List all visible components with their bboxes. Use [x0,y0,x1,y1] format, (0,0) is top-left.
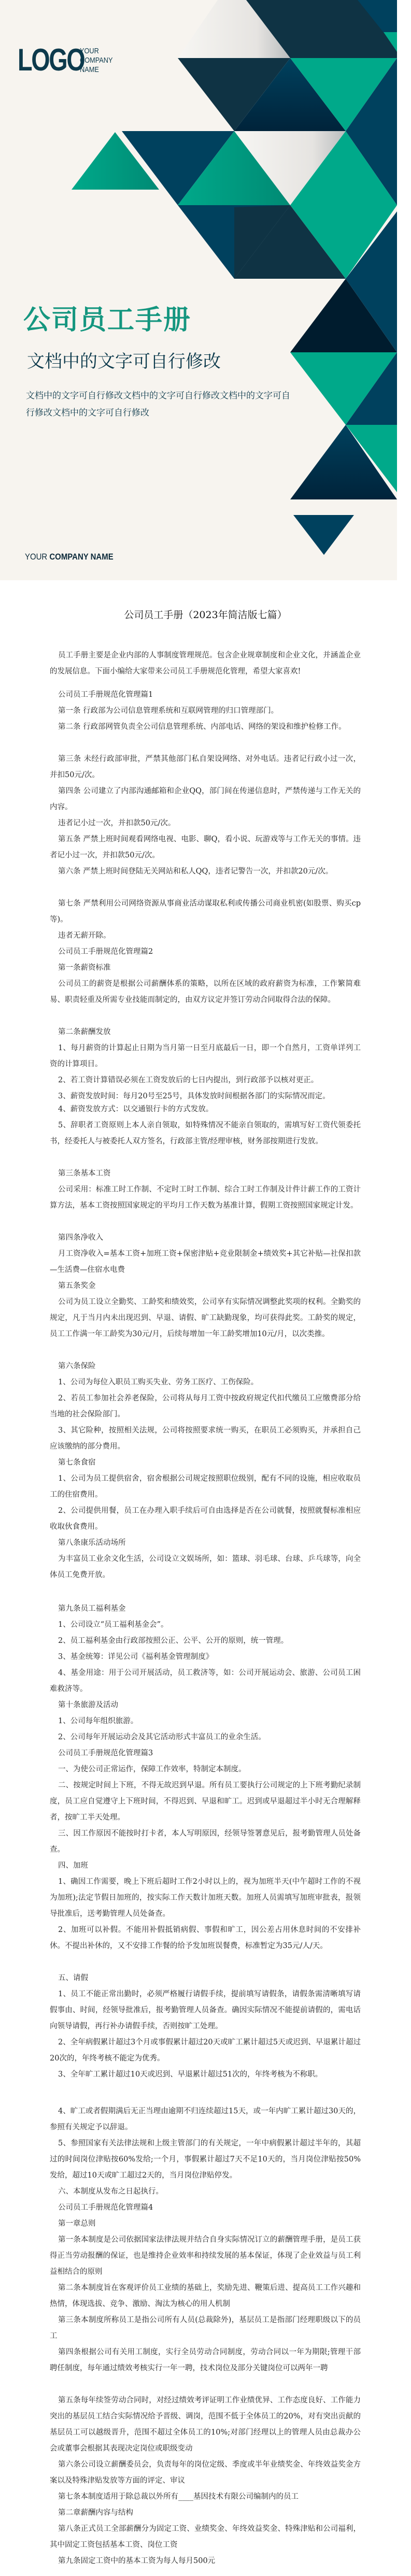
logo-name-line: NAME [80,65,113,75]
document-paragraph: 员工手册主要是企业内部的人事制度管理规范。包含企业规章制度和企业文化，并涵盖企业… [50,648,361,680]
document-paragraph: 1、公司为员工提供宿舍，宿舍根据公司规定按照职位级别，配有不同的设施，相应收取员… [50,1471,361,1503]
document-paragraph: 第一条本制度是公司依据国家法律法规并结合自身实际情况订立的薪酬管理手册，是员工获… [50,2232,361,2280]
document-paragraph: 月工资净收入=基本工资+加班工资+保密津贴+竞业限制金+绩效奖+其它补贴—社保扣… [50,1246,361,1278]
document-paragraph: 一、为使公司正常运作，保障工作效率，特制定本制度。 [50,1762,361,1778]
document-paragraph: 二、按规定时间上下班，不得无故迟到早退。所有员工要执行公司规定的上下班考勤纪录制… [50,1778,361,1826]
document-paragraph: 六、本制度从发布之日起执行。 [50,2184,361,2200]
document-paragraph: 1、公司每年组织旅游。 [50,1713,361,1729]
document-paragraph: 第五条 严禁上班时间观看网络电视、电影、聊Q，看小说、玩游戏等与工作无关的事情。… [50,832,361,864]
document-paragraph: 第七条食宿 [50,1455,361,1471]
document-paragraph: 1、公司为每位入职员工购买失业、劳务工医疗、工伤保险。 [50,1375,361,1391]
document-paragraph: 三、因工作原因不能按时打卡者，本人写明原因，经领导签署意见后，报考勤管理人员处备… [50,1826,361,1858]
document-paragraph: 第九条固定工资中的基本工资为每人每月500元 [50,2553,361,2569]
logo-name-line: COMPANY [80,56,113,65]
document-paragraph: 第六条 严禁上班时间登陆无关网站和私人QQ，违者记警告一次，并扣款20元/次。 [50,864,361,880]
document-paragraph: 第二条 行政部网管负责全公司信息管理系统、内部电话、网络的架设和维护检修工作。 [50,719,361,735]
document-paragraph: 1、员工不能正常出勤时，必须严格履行请假手续，提前填写请假条，请假条需清晰填写请… [50,1986,361,2035]
document-paragraph: 五、请假 [50,1970,361,1986]
document-paragraph: 第三条 未经行政部审批，严禁其他部门私自架设网络、对外电话。违者记行政小过一次，… [50,751,361,783]
company-logo: LOGO YOUR COMPANY NAME [18,46,119,75]
document-paragraph: 2、加班可以补假。不能用补假抵销病假、事假和旷工，因公差占用休息时间的不安排补休… [50,1922,361,1954]
document-paragraph: 公司员工手册规范化管理篇3 [50,1745,361,1762]
document-paragraph: 1、确因工作需要，晚上下班后超时工作2小时以上的，视为加班半天(中午超时工作的不… [50,1874,361,1922]
document-paragraph: 公司员工手册规范化管理篇4 [50,2200,361,2216]
document-title: 公司员工手册（2023年简洁版七篇） [0,607,411,621]
document-paragraph: 5、参照国家有关法律法规和上级主管部门的有关规定，一年中病假累计超过半年的，其超… [50,2136,361,2184]
document-paragraph: 违者记小过一次，并扣款50元/次。 [50,815,361,832]
document-paragraph: 第七条 严禁利用公司网络资源从事商业活动谋取私利或传播公司商业机密(如股票、购买… [50,896,361,928]
cover-description: 文档中的文字可自行修改文档中的文字可自行修改文档中的文字可自行修改文档中的文字可… [26,388,295,422]
company-name-bold: COMPANY NAME [49,552,113,562]
document-paragraph: 第四条 公司建立了内部沟通邮箱和企业QQ，部门间在传递信息时，严禁传递与工作无关… [50,783,361,815]
document-paragraph: 第一章总则 [50,2216,361,2232]
document-paragraph: 第一条薪资标准 [50,960,361,976]
cover-company-name: YOUR COMPANY NAME [25,552,114,562]
document-paragraph: 第九条员工福利基金 [50,1601,361,1617]
document-paragraph: 2、全年病假累计超过3个月或事假累计超过20天或旷工累计超过5天或迟到、早退累计… [50,2035,361,2067]
document-paragraph: 第八条正式员工全部薪酬分为固定工资、业绩奖金、年终效益奖金、特殊津贴和公司福利，… [50,2521,361,2553]
document-paragraph: 2、员工福利基金由行政部按照公正、公平、公开的原则，统一管理。 [50,1633,361,1649]
document-paragraph: 2、若员工参加社会养老保险，公司将从每月工资中按政府规定代扣代缴员工应缴费部分给… [50,1391,361,1423]
document-paragraph: 第五条奖金 [50,1278,361,1294]
document-paragraph: 第二条薪酬发放 [50,1024,361,1040]
document-paragraph: 2、若工资计算错误必须在工资发放后的七日内提出，到行政部予以核对更正。 [50,1072,361,1089]
company-name-prefix: YOUR [25,552,49,562]
document-paragraph: 3、全年旷工累计超过10天或迟到、早退累计超过51次的，年终考核为不称职。 [50,2067,361,2083]
document-paragraph: 4、薪资发放方式：以交通银行卡的方式发放。 [50,1101,361,1118]
document-paragraph: 第二条本制度旨在客观评价员工业绩的基础上，奖励先进、鞭策后进、提高员工工作兴趣和… [50,2280,361,2312]
document-paragraph: 2、公司每年开展运动会及其它活动形式丰富员工的业余生活。 [50,1729,361,1745]
cover-subtitle: 文档中的文字可自行修改 [27,347,221,373]
document-paragraph: 公司员工手册规范化管理篇1 [50,687,361,703]
document-paragraph: 第五条每年续签劳动合同时，对经过绩效考评证明工作业绩优异、工作态度良好、工作能力… [50,2393,361,2457]
document-paragraph: 4、旷工或者假期满后无正当理由逾期不归连续超过15天，或一年内旷工累计超过30天… [50,2103,361,2136]
document-paragraph: 2、公司提供用餐，员工在办理入职手续后可自由选择是否在公司就餐，按照就餐标准相应… [50,1503,361,1535]
document-paragraph: 第七条本制度适用于除总裁以外所有____基因技术有限公司编制内的员工 [50,2489,361,2505]
logo-mark: LOGO [18,46,54,75]
document-paragraph: 3、基金统筹：详见公司《福利基金管理制度》 [50,1649,361,1665]
document-paragraph: 第四条净收入 [50,1230,361,1246]
document-paragraph: 第三条基本工资 [50,1166,361,1182]
document-paragraph: 1、公司设立“员工福利基金会”。 [50,1617,361,1633]
document-paragraph: 第三条本制度所称员工是指公司所有人员(总裁除外)，基层员工是指部门经理职级以下的… [50,2312,361,2344]
document-paragraph: 第四条根据公司有关用工制度，实行全员劳动合同制度，劳动合同以一年为期限;管理干部… [50,2344,361,2377]
document-paragraph: 第六条公司设立薪酬委员会，负责每年的岗位定级、季度或半年业绩奖金、年终效益奖金方… [50,2457,361,2489]
geometric-triangles-decoration [0,0,397,580]
document-paragraph: 3、其它险种，按照相关法规，公司将按照要求统一购买，在职员工必须购买，并承担自己… [50,1423,361,1455]
document-paragraph: 公司采用：标准工时工作制、不定时工时工作制、综合工时工作制及计件计薪工作的工资计… [50,1182,361,1214]
document-paragraph: 第一条 行政部为公司信息管理系统和互联网管理的归口管理部门。 [50,703,361,719]
cover-page: LOGO YOUR COMPANY NAME 公司员工手册 文档中的文字可自行修… [0,0,397,580]
document-paragraph: 4、基金用途：用于公司开展活动，员工救济等，如：公司开展运动会、旅游、公司员工困… [50,1665,361,1697]
document-paragraph: 第二章薪酬内容与结构 [50,2505,361,2521]
document-paragraph: 5、辞职者工资原则上本人亲自领取，如特殊情况不能亲自领取的，需填写好工资代领委托… [50,1118,361,1150]
document-paragraph: 公司为员工设立全勤奖、工龄奖和绩效奖，公司享有实际情况调整此奖项的权利。全勤奖的… [50,1294,361,1342]
logo-company-name: YOUR COMPANY NAME [80,47,113,75]
document-paragraph: 第六条保险 [50,1358,361,1375]
document-paragraph: 公司员工手册规范化管理篇2 [50,944,361,960]
cover-title: 公司员工手册 [23,298,191,337]
document-paragraph: 四、加班 [50,1858,361,1874]
document-paragraph: 公司员工的薪资是根据公司薪酬体系的策略，以所在区域的政府薪资为标准，工作繁简难易… [50,976,361,1008]
document-paragraph: 违者无薪开除。 [50,928,361,944]
document-paragraph: 为丰富员工业余文化生活，公司设立文娱场所，如：篮球、羽毛球、台球、乒乓球等，向全… [50,1551,361,1583]
document-paragraph: 1、每月薪资的计算起止日期为当月第一日至月底最后一日，即一个自然月，工资单详列工… [50,1040,361,1072]
logo-name-line: YOUR [80,47,113,56]
document-paragraph: 第八条康乐活动场所 [50,1535,361,1551]
document-paragraph: 第十条旅游及活动 [50,1697,361,1713]
